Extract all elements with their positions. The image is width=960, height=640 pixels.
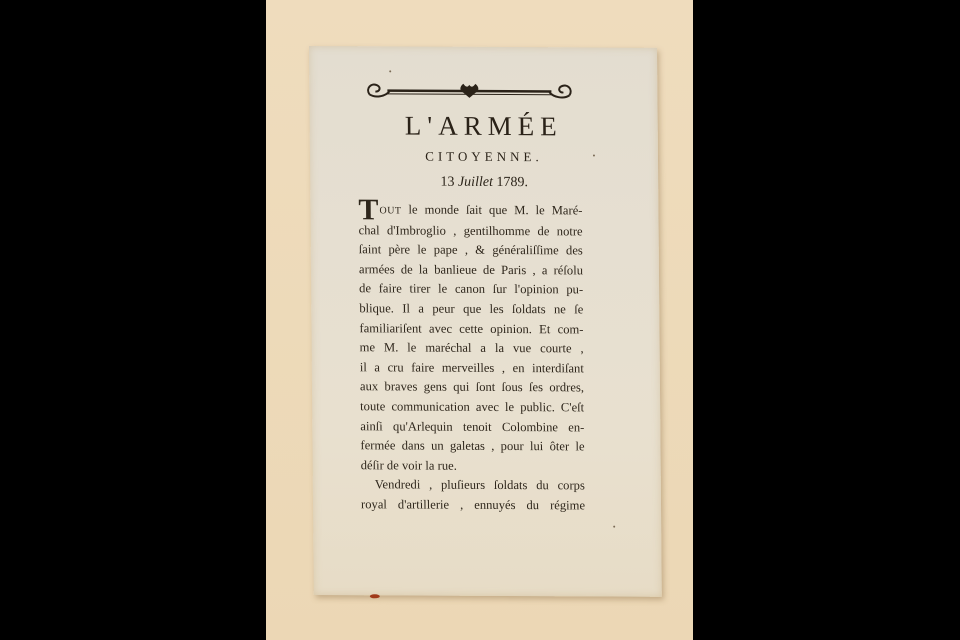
text-line: fermée dans un galetas , pour lui ôter l…: [360, 436, 584, 457]
small-caps: OUT: [379, 205, 401, 216]
foxing-spot: [593, 154, 595, 156]
pamphlet-subtitle: CITOYENNE.: [310, 148, 658, 166]
text-line: TOUT le monde ſait que M. le Maré-: [358, 200, 582, 222]
ornament-headpiece-icon: [363, 80, 575, 101]
pamphlet-page: L'ARMÉE CITOYENNE. 13 Juillet 1789. TOUT…: [309, 46, 662, 597]
pamphlet-date: 13 Juillet 1789.: [310, 174, 658, 192]
foxing-spot: [389, 70, 391, 72]
text-line: aux braves gens qui ſont ſous ſes ordres…: [360, 378, 584, 399]
pamphlet-body: TOUT le monde ſait que M. le Maré- chal …: [358, 200, 585, 516]
text-line: ſaint père le pape , & généraliſſime des: [359, 240, 583, 261]
text-line: blique. Il a peur que les ſoldats ne ſe: [359, 299, 583, 320]
ink-stain: [370, 594, 380, 598]
text-line: royal d'artillerie , ennuyés du régime: [361, 495, 585, 516]
text-line: déſir de voir la rue.: [361, 456, 585, 477]
pamphlet-title: L'ARMÉE: [310, 110, 658, 143]
text-line: familiariſent avec cette opinion. Et com…: [359, 319, 583, 340]
text-line: chal d'Imbroglio , gentilhomme de notre: [359, 221, 583, 242]
text-line: de faire tirer le canon ſur l'opinion pu…: [359, 280, 583, 301]
text-line: armées de la banlieue de Paris , a réſol…: [359, 260, 583, 281]
date-day: 13: [440, 175, 454, 190]
text-line: toute communication avec le public. C'eſ…: [360, 397, 584, 418]
text-line: ainſi qu'Arlequin tenoit Colombine en-: [360, 417, 584, 438]
foxing-spot: [613, 526, 615, 528]
text-line: me M. le maréchal a la vue courte ,: [360, 338, 584, 359]
date-month: Juillet: [458, 175, 493, 190]
date-year: 1789.: [496, 175, 528, 190]
text-line: Vendredi , pluſieurs ſoldats du corps: [361, 476, 585, 497]
text-line: il a cru faire merveilles , en interdiſa…: [360, 358, 584, 379]
